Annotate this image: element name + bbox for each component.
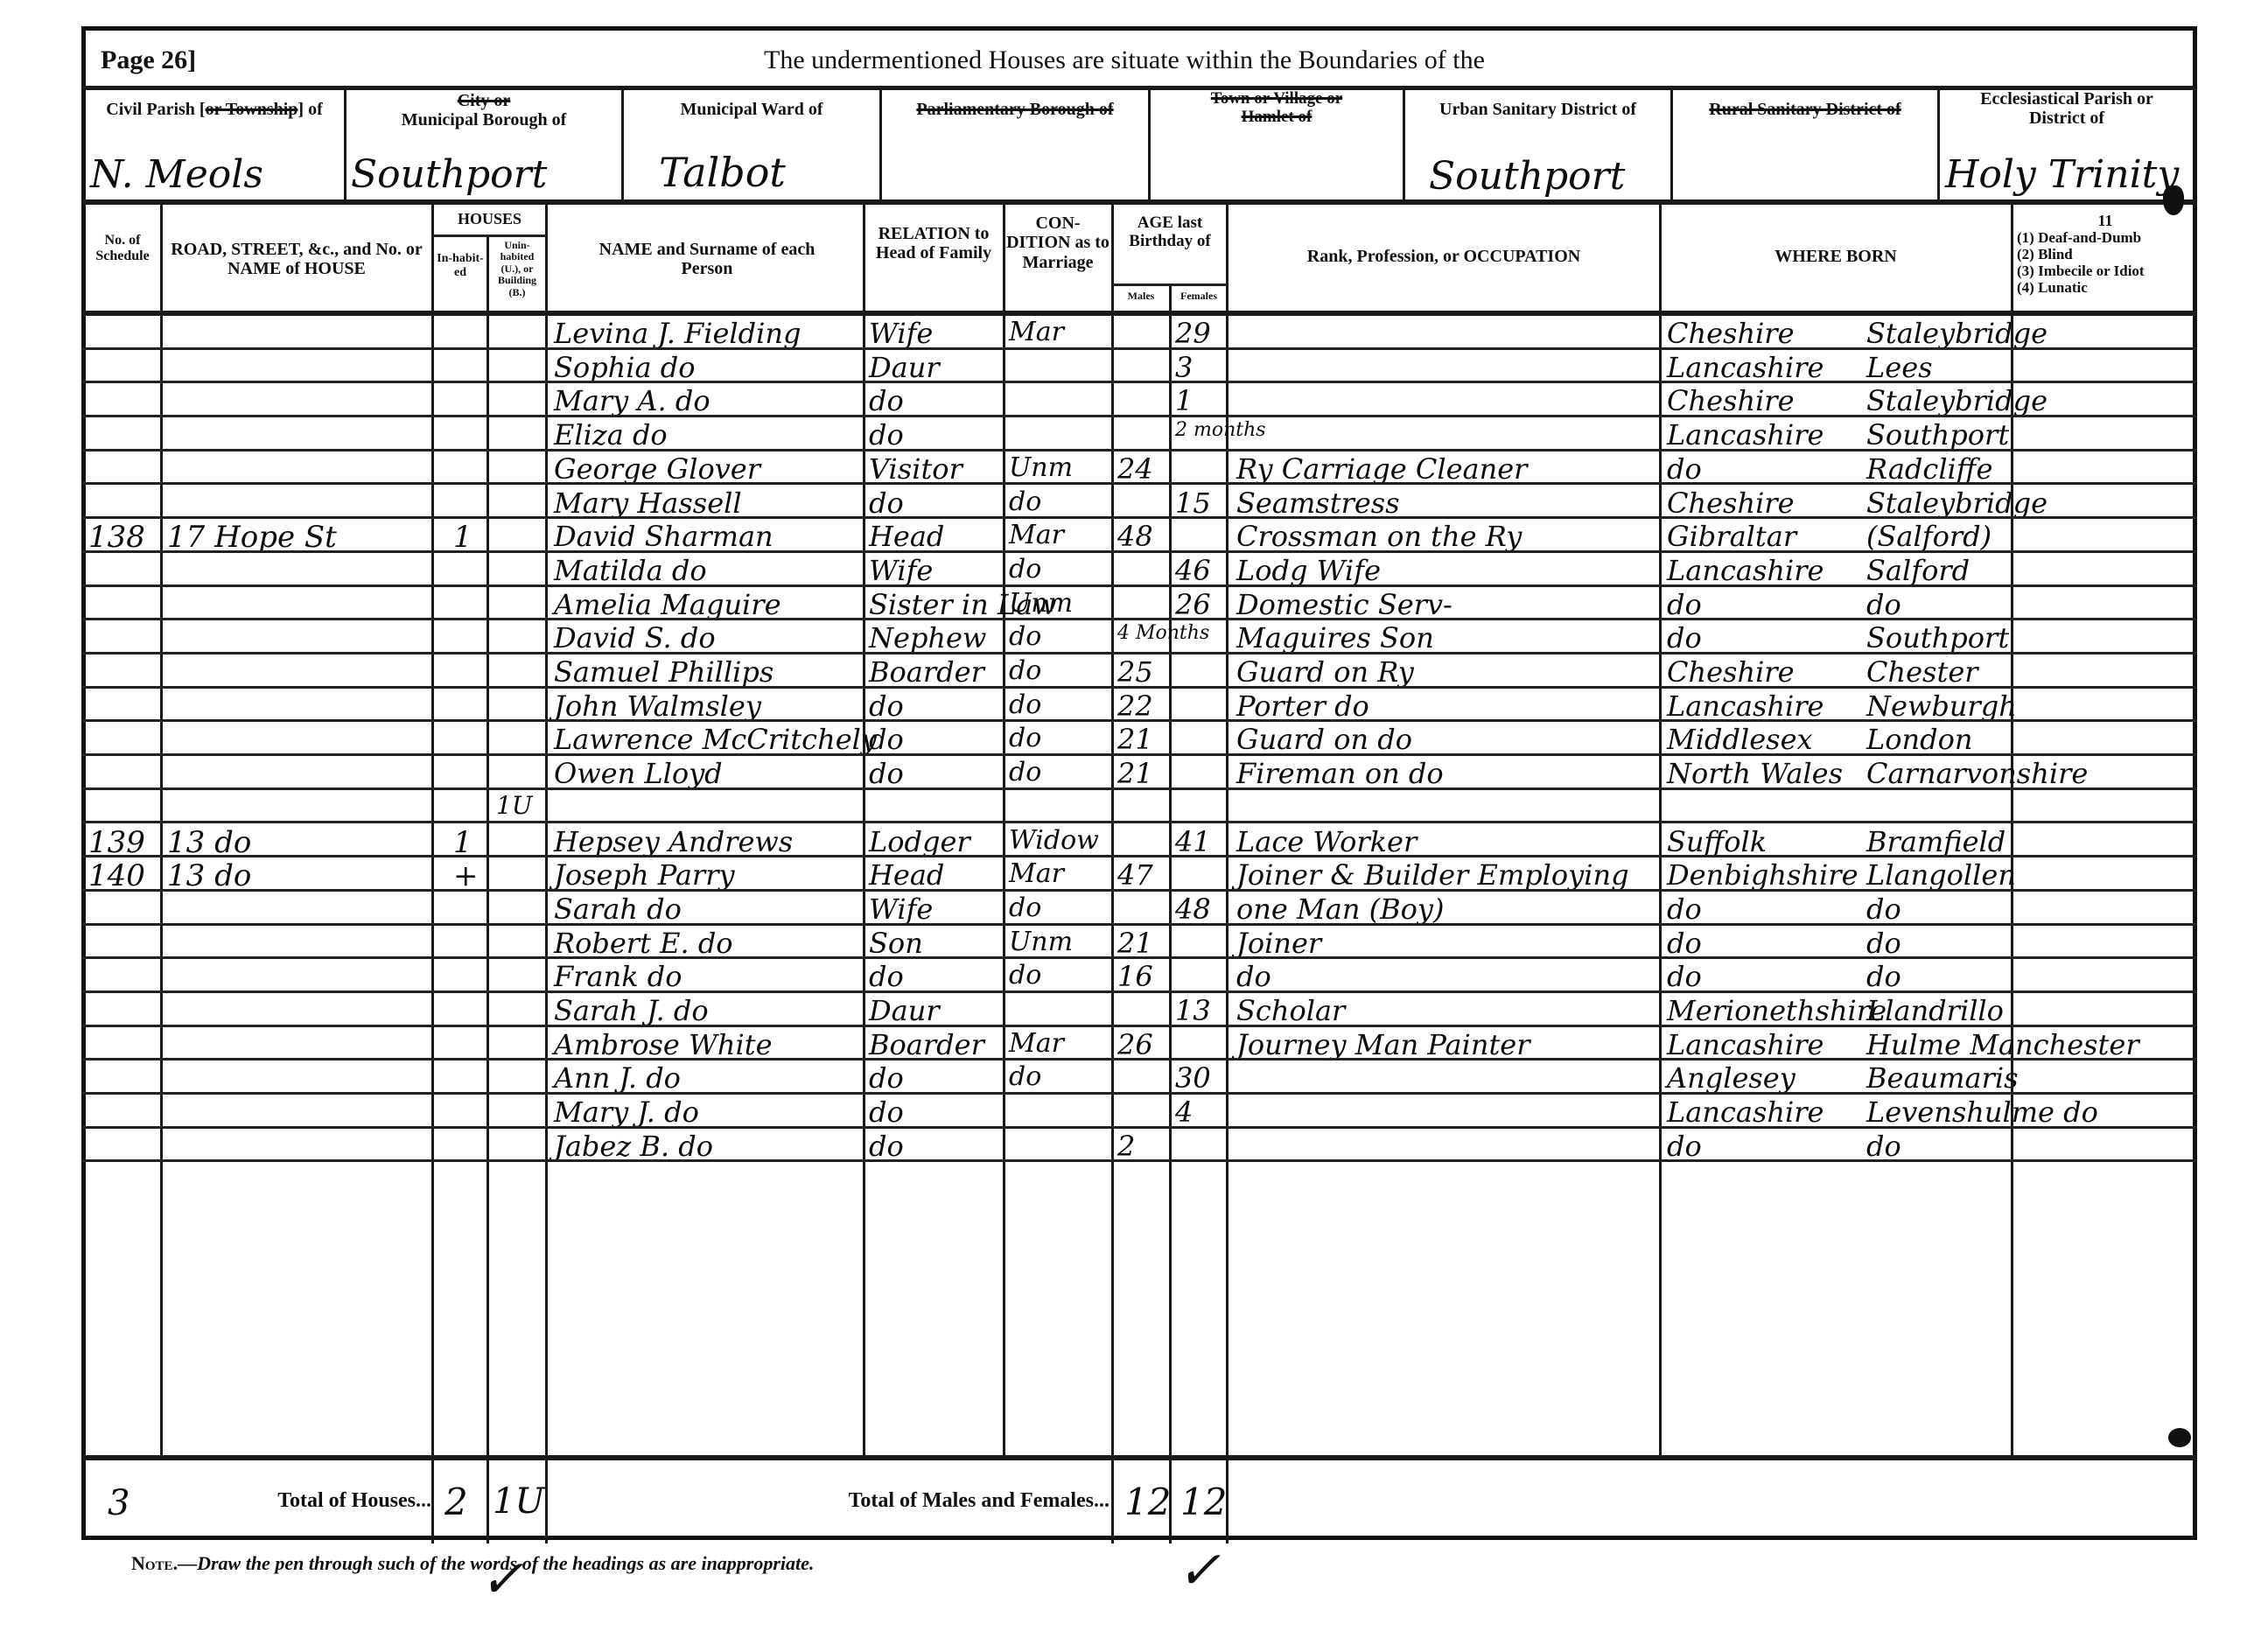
cell-condition: do	[1009, 895, 1041, 921]
cell-condition: Mar	[1009, 522, 1064, 549]
cell-condition: do	[1009, 725, 1041, 752]
cell-name: Samuel Phillips	[554, 658, 773, 686]
check-mark: ✓	[1177, 1540, 1221, 1601]
cell-females: 3	[1175, 353, 1193, 381]
cell-born-county: Denbighshire	[1667, 861, 1858, 889]
cell-name: Hepsey Andrews	[554, 828, 793, 856]
cell-relation: Boarder	[869, 658, 984, 686]
table-row: Levina J. FieldingWifeMar29CheshireStale…	[81, 316, 2197, 350]
total-uninhabited: 1U	[493, 1484, 544, 1519]
cell-born-place: Staleybridge	[1866, 387, 2047, 415]
cell-males: 2	[1117, 1132, 1135, 1160]
cell-relation: Boarder	[869, 1031, 984, 1059]
cell-relation: do	[869, 1098, 904, 1126]
cell-relation: Son	[869, 929, 923, 957]
table-row: Mary A. dodo1CheshireStaleybridge	[81, 383, 2197, 417]
cell-occupation: Lodg Wife	[1236, 556, 1381, 584]
cell-occupation: Seamstress	[1236, 489, 1400, 517]
cell-occupation: Porter do	[1236, 692, 1369, 720]
cell-name: Matilda do	[554, 556, 707, 584]
cell-condition: do	[1009, 556, 1041, 583]
cell-condition: do	[1009, 489, 1041, 515]
cell-uninhabited: 1U	[496, 794, 532, 818]
cell-born-place: Llandrillo	[1866, 997, 2004, 1025]
cell-relation: Nephew	[869, 624, 986, 652]
cell-relation: Wife	[869, 319, 933, 347]
header-ecclesiastical: Ecclesiastical Parish orDistrict of	[1940, 89, 2194, 129]
cell-born-county: Anglesey	[1667, 1064, 1795, 1092]
cell-relation: do	[869, 962, 904, 990]
cell-males: 22	[1117, 692, 1153, 720]
value-urban-sanitary: Southport	[1429, 157, 1625, 196]
cell-name: David Sharman	[554, 522, 773, 550]
cell-schedule: 139	[88, 828, 145, 857]
rule-under-title	[81, 86, 2197, 90]
total-females: 12	[1180, 1484, 1227, 1521]
cell-born-place: Chester	[1866, 658, 1978, 686]
cell-relation: Daur	[869, 353, 940, 381]
value-municipal-borough: Southport	[351, 156, 547, 194]
cell-born-place: Southport	[1866, 421, 2009, 449]
col-header-where-born: WHERE BORN	[1662, 247, 2010, 266]
cell-born-county: Lancashire	[1667, 556, 1823, 584]
table-row: Robert E. doSonUnm21Joinerdodo	[81, 926, 2197, 960]
cell-name: David S. do	[554, 624, 716, 652]
header-rural-sanitary: Rural Sanitary District of	[1673, 100, 1937, 119]
cell-females: 46	[1175, 556, 1211, 584]
cell-born-place: do	[1866, 591, 1901, 619]
cell-name: Ambrose White	[554, 1031, 773, 1059]
table-row: George GloverVisitorUnm24Ry Carriage Cle…	[81, 451, 2197, 486]
houses-group-rule	[431, 234, 548, 237]
cell-born-county: do	[1667, 962, 1702, 990]
cell-name: Ann J. do	[554, 1064, 681, 1092]
cell-road: 13 do	[167, 828, 251, 857]
table-row: Lawrence McCritchelydodo21Guard on doMid…	[81, 722, 2197, 756]
cell-born-place: Beaumaris	[1866, 1064, 2019, 1092]
cell-born-place: Llangollen	[1866, 861, 2016, 889]
cell-born-county: North Wales	[1667, 759, 1843, 787]
cell-condition: do	[1009, 692, 1041, 718]
cell-condition: do	[1009, 1064, 1041, 1090]
cell-born-county: Cheshire	[1667, 387, 1795, 415]
cell-name: Joseph Parry	[554, 861, 735, 889]
header-town-village: Town or Village orHamlet of	[1151, 89, 1403, 127]
total-schedules: 3	[108, 1486, 129, 1521]
cell-name: Sarah do	[554, 895, 682, 923]
cell-relation: do	[869, 1132, 904, 1160]
cell-females: 2 months	[1175, 421, 1266, 440]
cell-name: Lawrence McCritchely	[554, 725, 877, 753]
table-row: Owen Lloyddodo21Fireman on doNorth Wales…	[81, 756, 2197, 790]
infirmity-imbecile: (3) Imbecile or Idiot	[2017, 262, 2201, 279]
col-header-condition: CON-DITION as to Marriage	[1005, 213, 1110, 272]
cell-born-county: Lancashire	[1667, 1031, 1823, 1059]
col-header-relation: RELATION to Head of Family	[865, 224, 1002, 263]
cell-occupation: Domestic Serv-	[1236, 591, 1452, 619]
header-urban-sanitary: Urban Sanitary District of	[1405, 100, 1670, 119]
cell-relation: do	[869, 1064, 904, 1092]
rule-above-totals	[81, 1455, 2197, 1460]
cell-condition: do	[1009, 962, 1041, 989]
cell-born-county: do	[1667, 624, 1702, 652]
footer-note: Note.—Draw the pen through such of the w…	[131, 1552, 814, 1575]
cell-relation: Wife	[869, 895, 933, 923]
cell-females: 29	[1175, 319, 1211, 347]
cell-name: Sophia do	[554, 353, 696, 381]
cell-road: 13 do	[167, 861, 251, 891]
cell-name: Levina J. Fielding	[554, 319, 801, 347]
cell-females: 4	[1175, 1098, 1193, 1126]
col-header-name: NAME and Surname of each Person	[571, 240, 843, 279]
cell-relation: do	[869, 725, 904, 753]
cell-inhabited: 1	[453, 522, 472, 552]
cell-condition: Mar	[1009, 319, 1064, 346]
cell-males: 21	[1117, 725, 1153, 753]
cell-born-county: do	[1667, 455, 1702, 483]
row-rule	[81, 1159, 2197, 1162]
ink-blot	[2168, 1428, 2191, 1447]
table-row: Sophia doDaur3LancashireLees	[81, 350, 2197, 384]
cell-born-county: Lancashire	[1667, 1098, 1823, 1126]
cell-inhabited: +	[453, 861, 479, 891]
cell-born-county: Lancashire	[1667, 692, 1823, 720]
col-header-age: AGE last Birthday of	[1114, 213, 1226, 251]
cell-road: 17 Hope St	[167, 522, 337, 552]
cell-condition: Unm	[1009, 929, 1073, 955]
total-houses-label: Total of Houses...	[178, 1489, 431, 1513]
table-row: Frank dododo16dododo	[81, 959, 2197, 993]
cell-name: George Glover	[554, 455, 760, 483]
cell-condition: do	[1009, 759, 1041, 786]
cell-occupation: Joiner & Builder Employing	[1236, 861, 1629, 889]
rule-under-boundaries	[81, 199, 2197, 205]
cell-name: Owen Lloyd	[554, 759, 723, 787]
age-group-rule	[1111, 283, 1228, 286]
cell-occupation: Joiner	[1236, 929, 1321, 957]
total-inhabited: 2	[444, 1484, 468, 1521]
table-row: David S. doNephewdo4 MonthsMaguires Sond…	[81, 620, 2197, 654]
header-municipal-borough: City orMunicipal Borough of	[346, 91, 621, 130]
cell-born-place: Carnarvonshire	[1866, 759, 2088, 787]
cell-born-place: do	[1866, 895, 1901, 923]
table-row: Amelia MaguireSister in LawUnm26Domestic…	[81, 587, 2197, 621]
cell-males: 21	[1117, 929, 1153, 957]
cell-females: 30	[1175, 1064, 1211, 1092]
table-row: Matilda doWifedo46Lodg WifeLancashireSal…	[81, 553, 2197, 587]
cell-born-place: Newburgh	[1866, 692, 2017, 720]
cell-condition: do	[1009, 658, 1041, 684]
cell-males: 26	[1117, 1031, 1153, 1059]
cell-occupation: Guard on Ry	[1236, 658, 1414, 686]
cell-born-place: Staleybridge	[1866, 319, 2047, 347]
cell-males: 47	[1117, 861, 1153, 889]
col-header-occupation: Rank, Profession, or OCCUPATION	[1228, 247, 1659, 266]
cell-born-place: do	[1866, 929, 1901, 957]
infirmity-blind: (2) Blind	[2017, 246, 2201, 262]
cell-born-county: Cheshire	[1667, 658, 1795, 686]
cell-name: Amelia Maguire	[554, 591, 781, 619]
cell-born-county: Lancashire	[1667, 353, 1823, 381]
cell-relation: do	[869, 489, 904, 517]
cell-males: 25	[1117, 658, 1153, 686]
cell-born-county: do	[1667, 1132, 1702, 1160]
cell-born-county: Suffolk	[1667, 828, 1767, 856]
cell-females: 15	[1175, 489, 1211, 517]
table-row: 1U	[81, 790, 2197, 824]
cell-born-place: London	[1866, 725, 1972, 753]
cell-inhabited: 1	[453, 828, 472, 857]
cell-relation: Head	[869, 522, 944, 550]
cell-name: Robert E. do	[554, 929, 733, 957]
cell-born-place: Bramfield	[1866, 828, 2005, 856]
cell-name: John Walmsley	[554, 692, 761, 720]
col-header-infirmity-list: (1) Deaf-and-Dumb (2) Blind (3) Imbecile…	[2017, 229, 2201, 296]
cell-occupation: one Man (Boy)	[1236, 895, 1444, 923]
cell-condition: Mar	[1009, 861, 1064, 887]
cell-born-county: Lancashire	[1667, 421, 1823, 449]
cell-born-place: Hulme Manchester	[1866, 1031, 2139, 1059]
cell-name: Sarah J. do	[554, 997, 709, 1025]
cell-males: 48	[1117, 522, 1153, 550]
cell-born-county: Gibraltar	[1667, 522, 1796, 550]
total-males: 12	[1124, 1484, 1171, 1521]
cell-born-county: Cheshire	[1667, 489, 1795, 517]
cell-occupation: Guard on do	[1236, 725, 1412, 753]
cell-males: 4 Months	[1117, 624, 1209, 643]
cell-males: 21	[1117, 759, 1153, 787]
cell-schedule: 140	[88, 861, 145, 891]
cell-name: Eliza do	[554, 421, 668, 449]
col-header-road: ROAD, STREET, &c., and No. or NAME of HO…	[165, 240, 428, 279]
col-header-houses: HOUSES	[431, 210, 548, 227]
cell-females: 1	[1175, 387, 1193, 415]
page-title: The undermentioned Houses are situate wi…	[764, 45, 1726, 75]
cell-occupation: Scholar	[1236, 997, 1345, 1025]
table-row: Ann J. dododo30AngleseyBeaumaris	[81, 1060, 2197, 1095]
check-mark: ✓	[479, 1549, 523, 1610]
header-municipal-ward: Municipal Ward of	[624, 100, 879, 119]
col-header-schedule: No. of Schedule	[85, 233, 160, 264]
cell-females: 13	[1175, 997, 1211, 1025]
table-row: Ambrose WhiteBoarderMar26Journey Man Pai…	[81, 1027, 2197, 1061]
cell-name: Mary J. do	[554, 1098, 699, 1126]
cell-females: 48	[1175, 895, 1211, 923]
cell-occupation: Journey Man Painter	[1236, 1031, 1530, 1059]
cell-born-county: do	[1667, 591, 1702, 619]
cell-occupation: Ry Carriage Cleaner	[1236, 455, 1527, 483]
value-civil-parish: N. Meols	[90, 156, 263, 194]
cell-relation: Daur	[869, 997, 940, 1025]
cell-born-place: Radcliffe	[1866, 455, 1992, 483]
cell-relation: Lodger	[869, 828, 970, 856]
cell-born-county: Middlesex	[1667, 725, 1813, 753]
cell-born-place: do	[1866, 1132, 1901, 1160]
ink-blot	[2163, 185, 2184, 215]
cell-occupation: do	[1236, 962, 1271, 990]
cell-born-place: (Salford)	[1866, 522, 1991, 550]
table-row: Jabez B. dodo2dodo	[81, 1129, 2197, 1163]
value-municipal-ward: Talbot	[659, 152, 786, 192]
table-row: Mary J. dodo4LancashireLevenshulme do	[81, 1095, 2197, 1129]
table-row: 13817 Hope St1David SharmanHeadMar48Cros…	[81, 519, 2197, 553]
cell-females: 26	[1175, 591, 1211, 619]
cell-occupation: Lace Worker	[1236, 828, 1417, 856]
cell-males: 24	[1117, 455, 1153, 483]
cell-condition: do	[1009, 624, 1041, 650]
cell-condition: Mar	[1009, 1031, 1064, 1057]
page-number: Page 26]	[101, 45, 196, 75]
cell-born-place: Salford	[1866, 556, 1970, 584]
cell-males: 16	[1117, 962, 1153, 990]
cell-relation: Wife	[869, 556, 933, 584]
cell-relation: Visitor	[869, 455, 962, 483]
cell-born-place: Levenshulme do	[1866, 1098, 2098, 1126]
table-row: Eliza dodo2 monthsLancashireSouthport	[81, 417, 2197, 451]
census-sheet: Page 26] The undermentioned Houses are s…	[81, 26, 2197, 1540]
cell-name: Jabez B. do	[554, 1132, 713, 1160]
cell-born-place: Lees	[1866, 353, 1933, 381]
table-row: Mary Hasselldodo15SeamstressCheshireStal…	[81, 486, 2197, 520]
cell-relation: do	[869, 692, 904, 720]
cell-females: 41	[1175, 828, 1211, 856]
cell-relation: do	[869, 421, 904, 449]
header-civil-parish: Civil Parish [or Township] of	[85, 100, 344, 119]
cell-schedule: 138	[88, 522, 145, 552]
value-ecclesiastical: Holy Trinity	[1945, 156, 2179, 194]
note-prefix: Note.	[131, 1552, 178, 1574]
cell-condition: Widow	[1009, 828, 1099, 854]
table-row: 13913 do1Hepsey AndrewsLodgerWidow41Lace…	[81, 824, 2197, 858]
cell-relation: Head	[869, 861, 944, 889]
col-header-inhabited: In-habit-ed	[435, 252, 486, 279]
cell-occupation: Fireman on do	[1236, 759, 1444, 787]
table-row: Samuel PhillipsBoarderdo25Guard on RyChe…	[81, 654, 2197, 689]
cell-born-county: do	[1667, 929, 1702, 957]
cell-born-county: do	[1667, 895, 1702, 923]
infirmity-lunatic: (4) Lunatic	[2017, 279, 2201, 296]
cell-relation: do	[869, 759, 904, 787]
cell-name: Mary Hassell	[554, 489, 742, 517]
cell-condition: Unm	[1009, 455, 1073, 481]
cell-occupation: Maguires Son	[1236, 624, 1434, 652]
cell-born-place: Southport	[1866, 624, 2009, 652]
infirmity-deaf-dumb: (1) Deaf-and-Dumb	[2017, 229, 2201, 246]
cell-name: Frank do	[554, 962, 682, 990]
col-header-females: Females	[1172, 290, 1226, 302]
header-parliamentary-borough: Parliamentary Borough of	[882, 100, 1148, 119]
total-persons-label: Total of Males and Females...	[729, 1489, 1109, 1513]
cell-born-county: Cheshire	[1667, 319, 1795, 347]
cell-born-county: Merionethshire	[1667, 997, 1886, 1025]
col-header-males: Males	[1114, 290, 1168, 302]
table-row: Sarah J. doDaur13ScholarMerionethshireLl…	[81, 993, 2197, 1027]
cell-condition: Unm	[1009, 591, 1073, 617]
cell-born-place: Staleybridge	[1866, 489, 2047, 517]
table-row: 14013 do+Joseph ParryHeadMar47Joiner & B…	[81, 857, 2197, 892]
col-header-uninhabited: Unin-habited (U.), or Building (B.)	[489, 240, 545, 298]
cell-occupation: Crossman on the Ry	[1236, 522, 1522, 550]
cell-relation: do	[869, 387, 904, 415]
table-row: John Walmsleydodo22Porter doLancashireNe…	[81, 689, 2197, 723]
cell-name: Mary A. do	[554, 387, 710, 415]
cell-born-place: do	[1866, 962, 1901, 990]
table-row: Sarah doWifedo48one Man (Boy)dodo	[81, 892, 2197, 926]
